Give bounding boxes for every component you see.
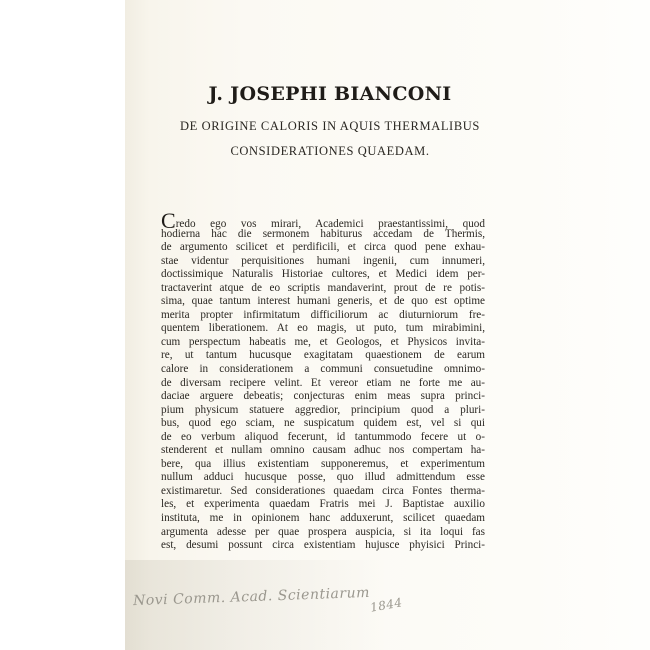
body-line-25: est, desumi possunt circa existentiam hu… bbox=[161, 539, 485, 553]
body-line-15: pium physicum statuere aggredior, princi… bbox=[161, 404, 485, 418]
body-line-13: de diversam recipere velint. Et vereor e… bbox=[161, 377, 485, 391]
body-line-4: stae videntur perquisitiones humani inge… bbox=[161, 255, 485, 269]
body-line-12: calore in considerationem a communi cons… bbox=[161, 363, 485, 377]
body-line-11: re, ut tantum hucusque exagitatam quaest… bbox=[161, 349, 485, 363]
body-line-24: argumenta adesse per quae prospera auspi… bbox=[161, 526, 485, 540]
body-line-8: merita propter infirmitatum difficilioru… bbox=[161, 309, 485, 323]
body-line-5: doctissimique Naturalis Historiae cultor… bbox=[161, 268, 485, 282]
scanned-page-view: J. JOSEPHI BIANCONI DE ORIGINE CALORIS I… bbox=[0, 0, 650, 650]
body-line-16: bus, quod ego sciam, ne suspicatum quide… bbox=[161, 417, 485, 431]
author-heading: J. JOSEPHI BIANCONI bbox=[150, 83, 510, 105]
body-line-22: les, et experimenta quaedam Fratris mei … bbox=[161, 498, 485, 512]
body-line-17: de eo verbum aliquod fecerunt, id tantum… bbox=[161, 431, 485, 445]
body-line-20: nullum adduci hucusque posse, quo illud … bbox=[161, 471, 485, 485]
body-paragraph: Credo ego vos mirari, Academici praestan… bbox=[161, 214, 485, 553]
body-line-1: Credo ego vos mirari, Academici praestan… bbox=[161, 214, 485, 228]
body-line-18: stenderent et nullam omnino causam adhuc… bbox=[161, 444, 485, 458]
body-line-2: hodierna hac die sermonem habiturus acce… bbox=[161, 228, 485, 242]
subtitle-line-2: CONSIDERATIONES QUAEDAM. bbox=[150, 144, 510, 159]
body-line-10: cum perspectum habeatis me, et Geologos,… bbox=[161, 336, 485, 350]
body-line-23: instituta, me in opinionem hanc adduxeru… bbox=[161, 512, 485, 526]
body-line-7: sima, quae tantum interest humani generi… bbox=[161, 295, 485, 309]
body-line-21: existimaretur. Sed considerationes quaed… bbox=[161, 485, 485, 499]
body-line-6: tractaverint atque de eo scriptis mandav… bbox=[161, 282, 485, 296]
body-line-14: daciae arguere debeatis; conjecturas eni… bbox=[161, 390, 485, 404]
body-line-9: quentem liberationem. At eo magis, ut pu… bbox=[161, 322, 485, 336]
body-line-19: bere, qua illius existentiam supponeremu… bbox=[161, 458, 485, 472]
subtitle-line-1: DE ORIGINE CALORIS IN AQUIS THERMALIBUS bbox=[150, 119, 510, 134]
body-line-3: de argumento scilicet et perdificili, et… bbox=[161, 241, 485, 255]
